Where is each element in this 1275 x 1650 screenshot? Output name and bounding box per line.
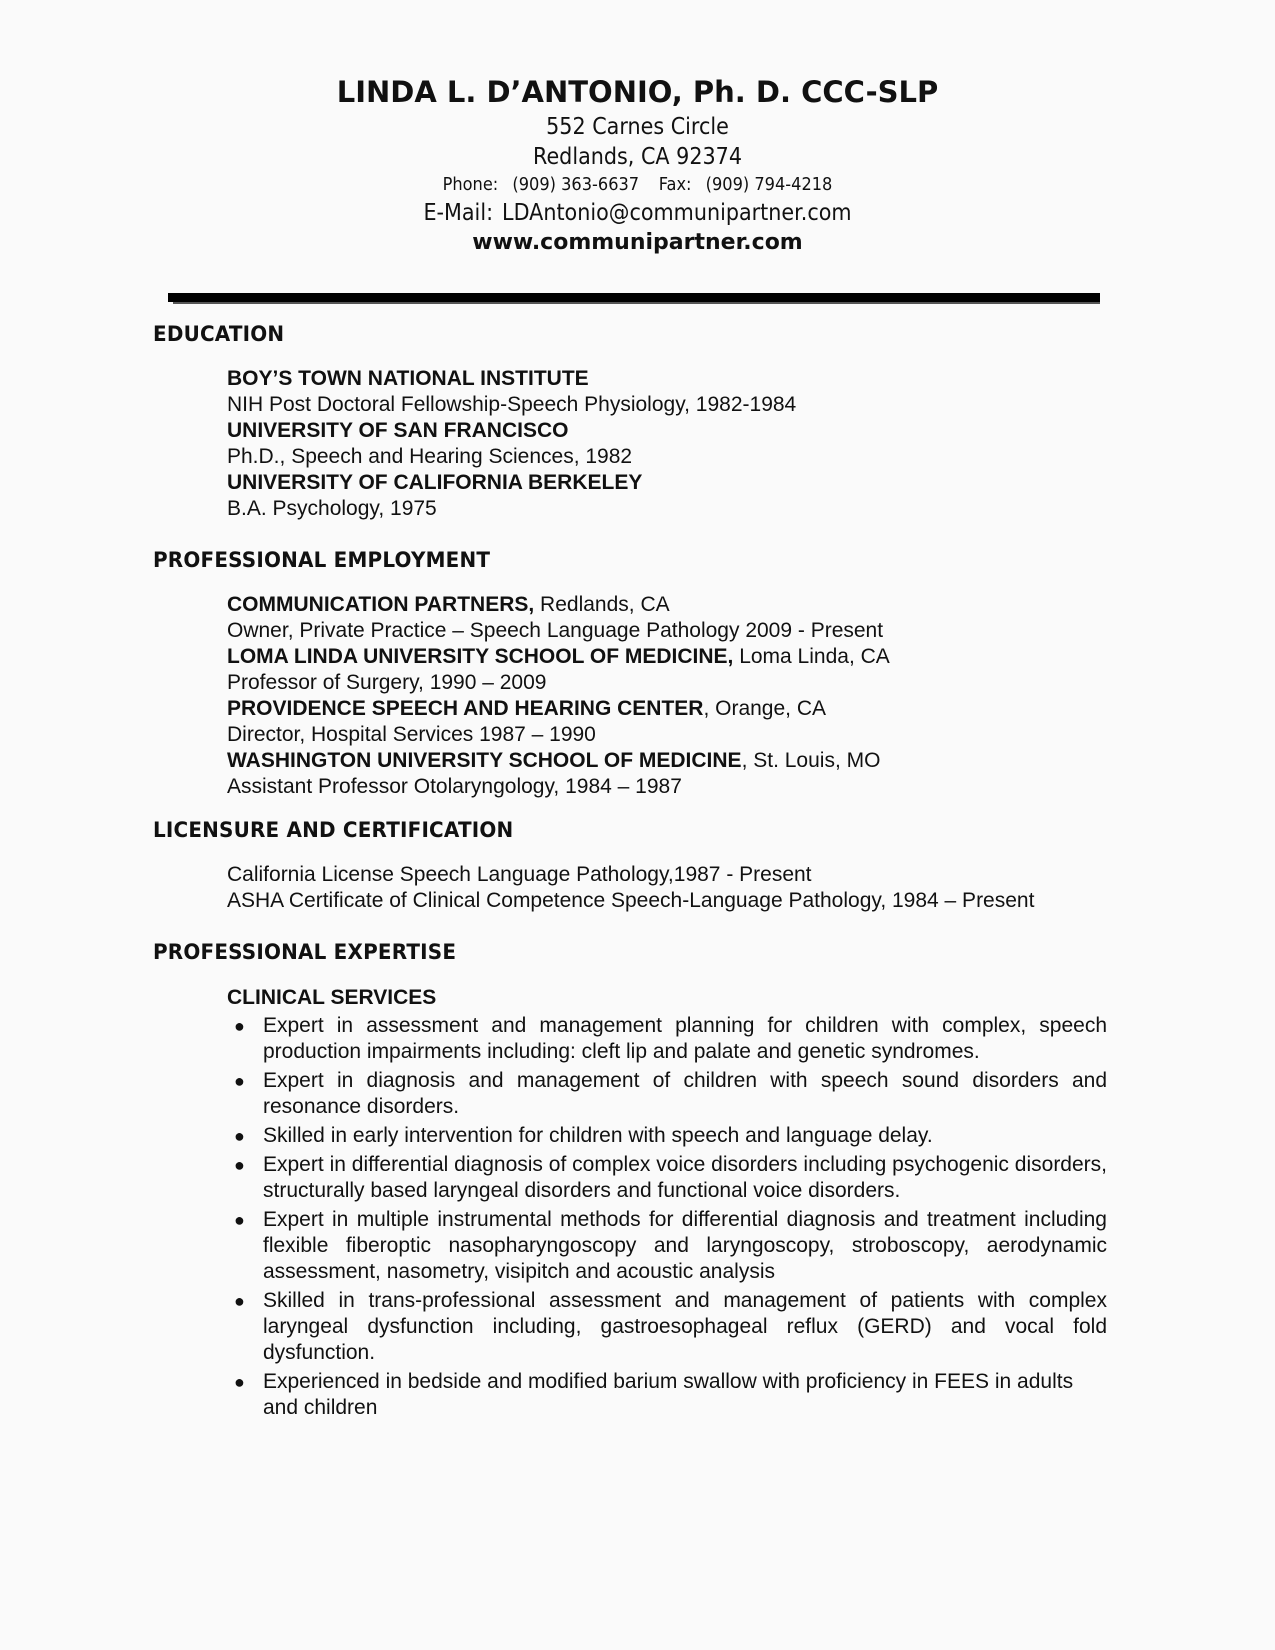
employment-entry: WASHINGTON UNIVERSITY SCHOOL OF MEDICINE… bbox=[227, 748, 890, 774]
list-item: ●Skilled in early intervention for child… bbox=[224, 1123, 1107, 1149]
education-detail: NIH Post Doctoral Fellowship-Speech Phys… bbox=[227, 392, 796, 418]
licensure-item: ASHA Certificate of Clinical Competence … bbox=[227, 888, 1034, 914]
bullet-icon: ● bbox=[234, 1152, 245, 1178]
section-heading-licensure: LICENSURE AND CERTIFICATION bbox=[153, 818, 513, 842]
bullet-icon: ● bbox=[234, 1123, 245, 1149]
list-item: ●Experienced in bedside and modified bar… bbox=[224, 1369, 1107, 1421]
employer-name: COMMUNICATION PARTNERS, bbox=[227, 593, 534, 616]
bullet-icon: ● bbox=[234, 1369, 245, 1395]
phone-number: (909) 363-6637 bbox=[512, 174, 639, 195]
employment-list: COMMUNICATION PARTNERS, Redlands, CA Own… bbox=[227, 592, 890, 800]
email-address[interactable]: LDAntonio@communipartner.com bbox=[502, 200, 851, 226]
expertise-block: CLINICAL SERVICES ●Expert in assessment … bbox=[227, 985, 1110, 1424]
contact-phone-fax: Phone: (909) 363-6637 Fax: (909) 794-421… bbox=[64, 172, 1212, 198]
employer-location: , St. Louis, MO bbox=[742, 749, 881, 772]
education-institution: UNIVERSITY OF CALIFORNIA BERKELEY bbox=[227, 470, 796, 496]
address-line-1: 552 Carnes Circle bbox=[64, 112, 1212, 142]
licensure-list: California License Speech Language Patho… bbox=[227, 862, 1034, 914]
bullet-icon: ● bbox=[234, 1207, 245, 1233]
employer-location: Redlands, CA bbox=[534, 593, 669, 616]
employer-location: , Orange, CA bbox=[703, 697, 826, 720]
employment-role: Professor of Surgery, 1990 – 2009 bbox=[227, 670, 890, 696]
header-divider bbox=[168, 293, 1100, 302]
employer-name: PROVIDENCE SPEECH AND HEARING CENTER bbox=[227, 697, 703, 720]
employment-entry: LOMA LINDA UNIVERSITY SCHOOL OF MEDICINE… bbox=[227, 644, 890, 670]
contact-email: E-Mail:LDAntonio@communipartner.com bbox=[64, 198, 1212, 228]
list-item: ●Expert in differential diagnosis of com… bbox=[224, 1152, 1107, 1204]
employer-name: WASHINGTON UNIVERSITY SCHOOL OF MEDICINE bbox=[227, 749, 742, 772]
section-heading-education: EDUCATION bbox=[153, 322, 284, 346]
bullet-icon: ● bbox=[234, 1068, 245, 1094]
education-list: BOY’S TOWN NATIONAL INSTITUTE NIH Post D… bbox=[227, 366, 796, 522]
fax-label: Fax: bbox=[659, 174, 692, 195]
bullet-icon: ● bbox=[234, 1288, 245, 1314]
subheading-clinical-services: CLINICAL SERVICES bbox=[227, 985, 1110, 1011]
licensure-item: California License Speech Language Patho… bbox=[227, 862, 1034, 888]
bullet-icon: ● bbox=[234, 1013, 245, 1039]
education-institution: BOY’S TOWN NATIONAL INSTITUTE bbox=[227, 366, 796, 392]
resume-page: LINDA L. D’ANTONIO, Ph. D. CCC-SLP 552 C… bbox=[0, 0, 1275, 1650]
education-institution: UNIVERSITY OF SAN FRANCISCO bbox=[227, 418, 796, 444]
education-detail: Ph.D., Speech and Hearing Sciences, 1982 bbox=[227, 444, 796, 470]
address-line-2: Redlands, CA 92374 bbox=[64, 142, 1212, 172]
list-item: ●Expert in assessment and management pla… bbox=[224, 1013, 1107, 1065]
phone-label: Phone: bbox=[443, 174, 499, 195]
list-item: ●Expert in diagnosis and management of c… bbox=[224, 1068, 1107, 1120]
employment-role: Owner, Private Practice – Speech Languag… bbox=[227, 618, 890, 644]
employer-name: LOMA LINDA UNIVERSITY SCHOOL OF MEDICINE… bbox=[227, 645, 733, 668]
employment-entry: COMMUNICATION PARTNERS, Redlands, CA bbox=[227, 592, 890, 618]
email-label: E-Mail: bbox=[423, 200, 493, 226]
resume-header: LINDA L. D’ANTONIO, Ph. D. CCC-SLP 552 C… bbox=[0, 72, 1275, 258]
employer-location: Loma Linda, CA bbox=[733, 645, 889, 668]
fax-number: (909) 794-4218 bbox=[706, 174, 833, 195]
clinical-services-list: ●Expert in assessment and management pla… bbox=[224, 1013, 1107, 1421]
employment-role: Director, Hospital Services 1987 – 1990 bbox=[227, 722, 890, 748]
employment-entry: PROVIDENCE SPEECH AND HEARING CENTER, Or… bbox=[227, 696, 890, 722]
list-item: ●Skilled in trans-professional assessmen… bbox=[224, 1288, 1107, 1366]
candidate-name: LINDA L. D’ANTONIO, Ph. D. CCC-SLP bbox=[0, 72, 1275, 112]
education-detail: B.A. Psychology, 1975 bbox=[227, 496, 796, 522]
section-heading-expertise: PROFESSIONAL EXPERTISE bbox=[153, 940, 456, 964]
website-link[interactable]: www.communipartner.com bbox=[0, 228, 1275, 258]
employment-role: Assistant Professor Otolaryngology, 1984… bbox=[227, 774, 890, 800]
section-heading-employment: PROFESSIONAL EMPLOYMENT bbox=[153, 548, 490, 572]
list-item: ●Expert in multiple instrumental methods… bbox=[224, 1207, 1107, 1285]
